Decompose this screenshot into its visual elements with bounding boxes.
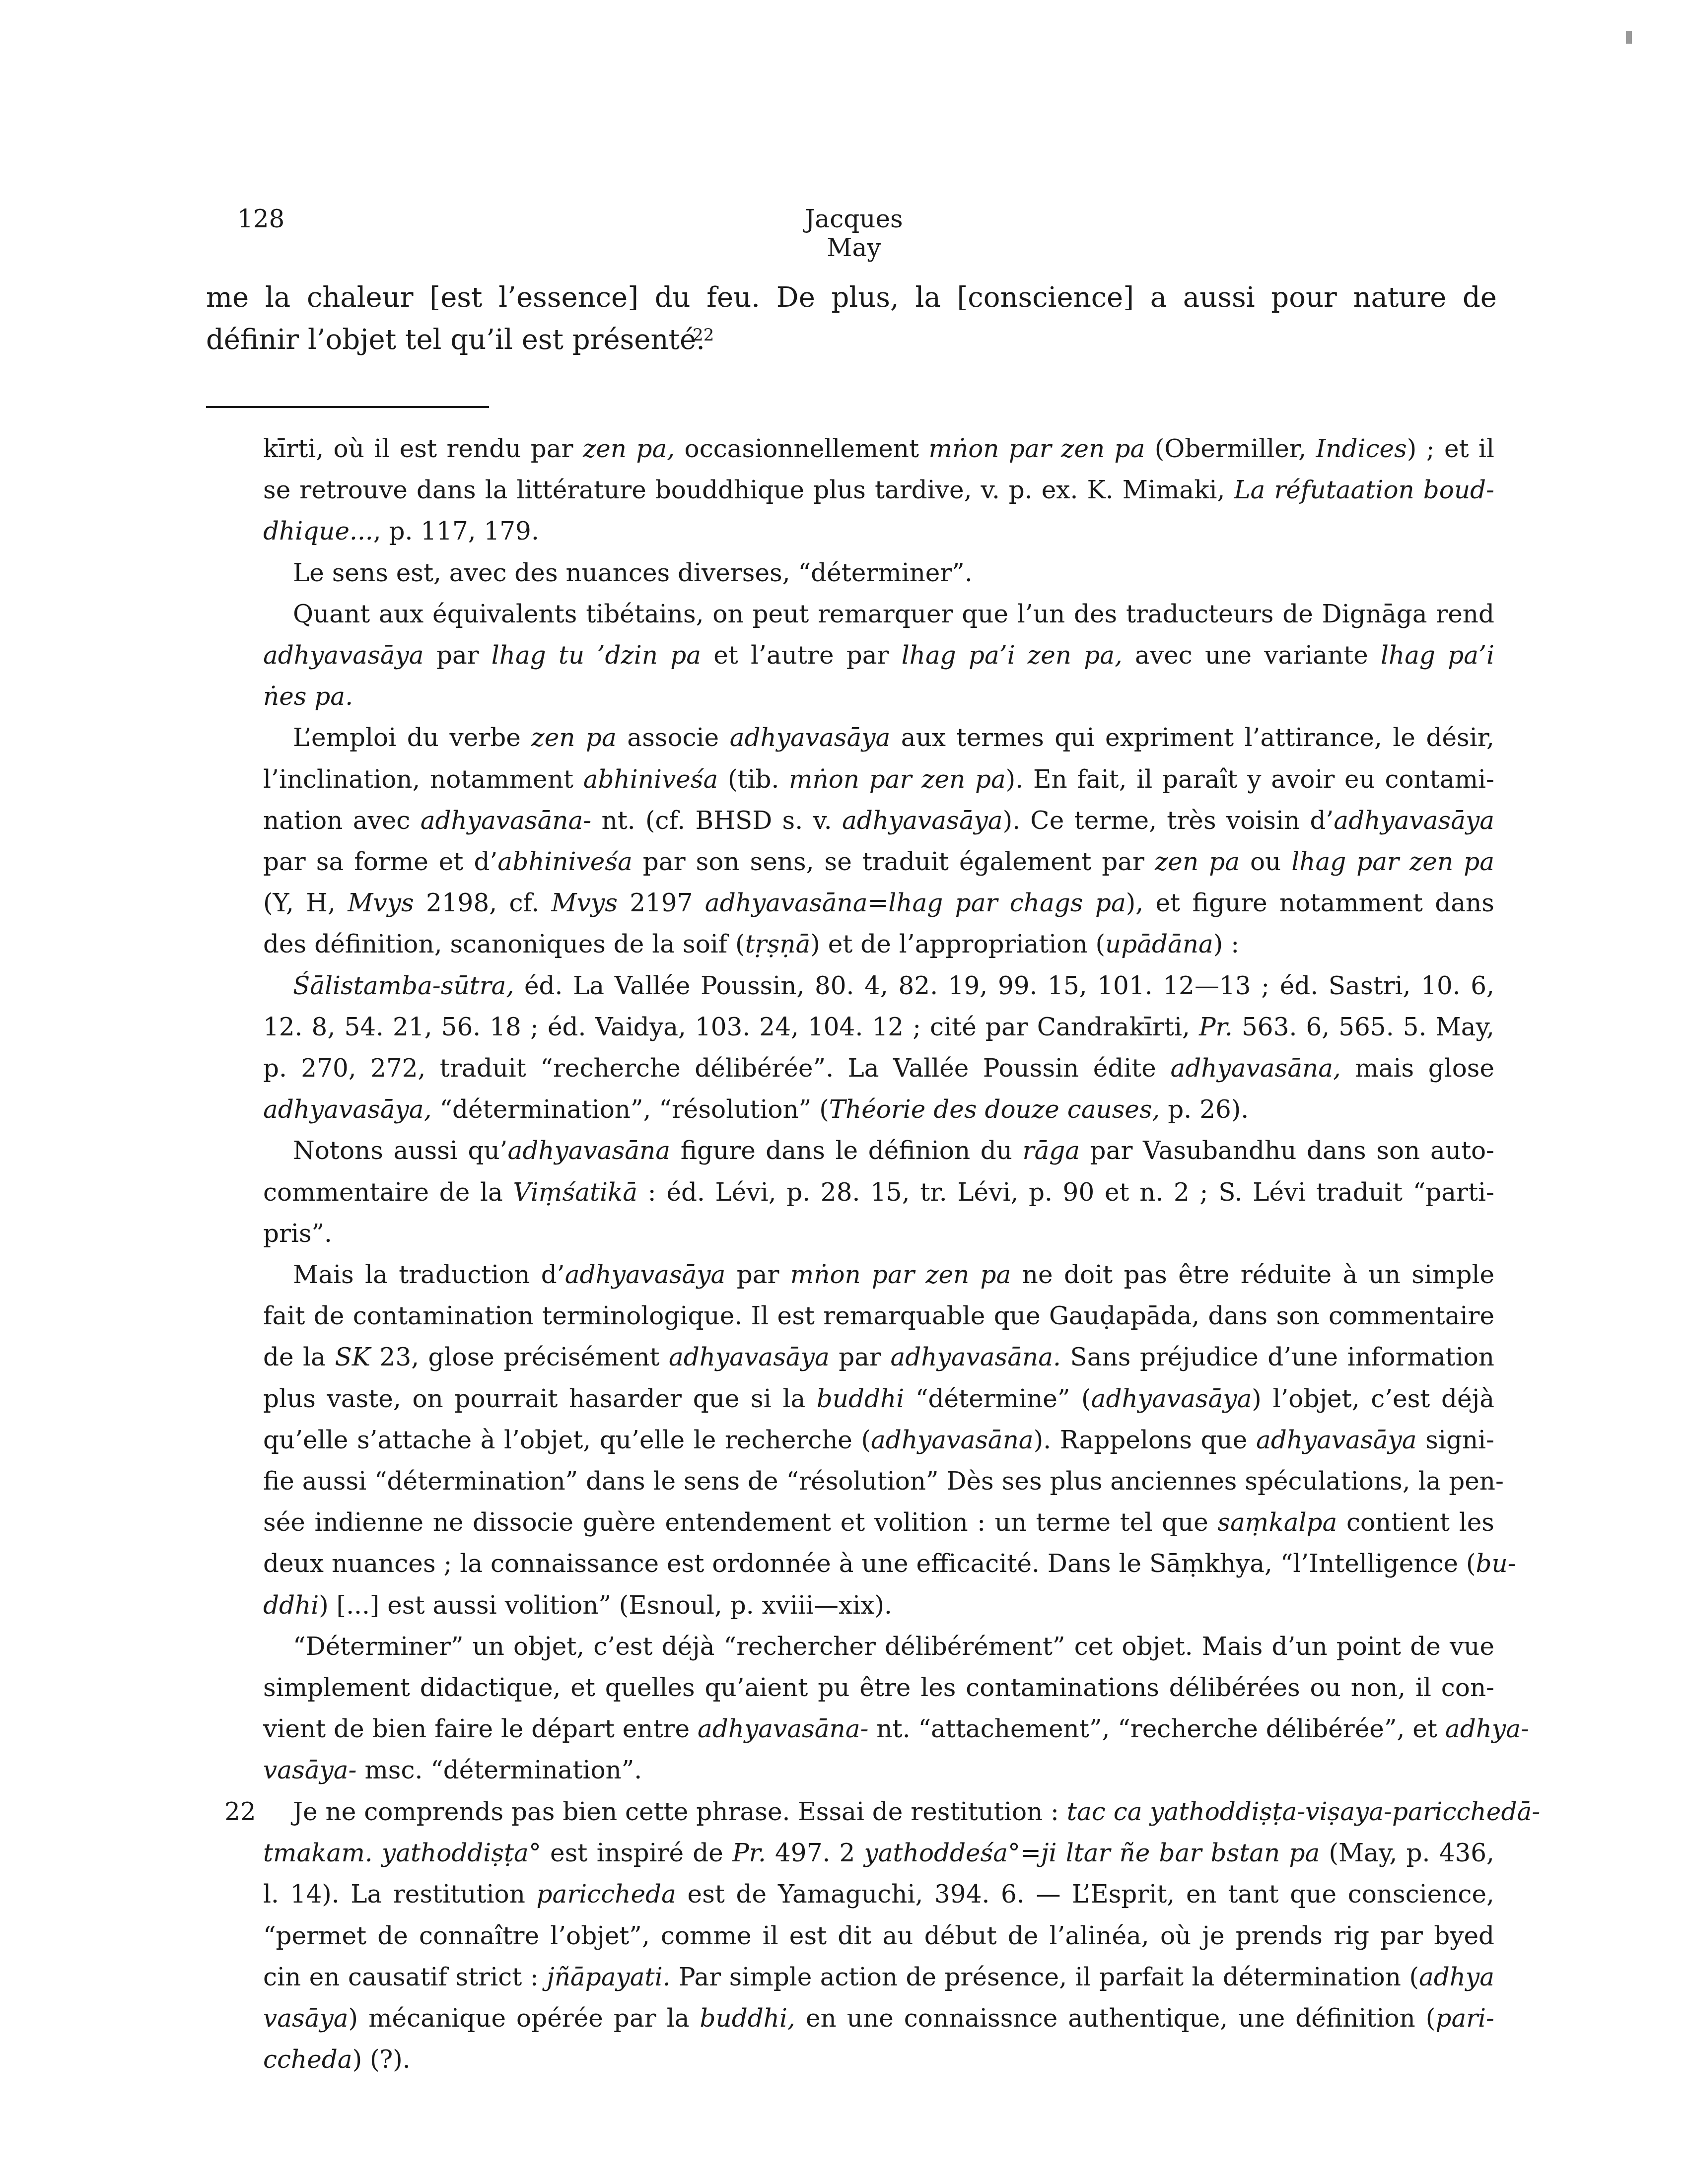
- footnote-line: p. 270, 272, traduit “recherche délibéré…: [263, 1050, 1494, 1086]
- footnote-line: pris”.: [263, 1216, 1494, 1251]
- footnote-line: “Déterminer” un objet, c’est déjà “reche…: [293, 1629, 1494, 1664]
- footnote-line: Notons aussi qu’adhyavasāna figure dans …: [293, 1133, 1494, 1168]
- footnote-line: nation avec adhyavasāna- nt. (cf. BHSD s…: [263, 803, 1494, 838]
- running-head-author: Jacques May: [774, 205, 933, 262]
- footnote-line: dhique..., p. 117, 179.: [263, 513, 1494, 549]
- footnote-line: Śālistamba-sūtra, éd. La Vallée Poussin,…: [293, 968, 1494, 1004]
- footnote-line: “permet de connaître l’objet”, comme il …: [263, 1918, 1494, 1954]
- footnote-line: commentaire de la Viṃśatikā : éd. Lévi, …: [263, 1174, 1494, 1210]
- footnote-line: 12. 8, 54. 21, 56. 18 ; éd. Vaidya, 103.…: [263, 1009, 1494, 1045]
- footnote-line: par sa forme et d’abhiniveśa par son sen…: [263, 844, 1494, 880]
- footnote-line: fait de contamination terminologique. Il…: [263, 1298, 1494, 1334]
- footnote-line: ddhi) [...] est aussi volition” (Esnoul,…: [263, 1587, 1494, 1623]
- footnote-line: adhyavasāya par lhag tu ’dzin pa et l’au…: [263, 637, 1494, 673]
- footnote-line: Quant aux équivalents tibétains, on peut…: [293, 596, 1494, 632]
- footnote-line: ccheda) (?).: [263, 2042, 1494, 2077]
- body-line: définir l’objet tel qu’il est présenté.: [206, 320, 1497, 360]
- footnote-line: adhyavasāya, “détermination”, “résolutio…: [263, 1092, 1494, 1127]
- footnote-line: vasāya) mécanique opérée par la buddhi, …: [263, 2000, 1494, 2036]
- footnote-line: tmakam. yathoddiṣṭa° est inspiré de Pr. …: [263, 1835, 1494, 1871]
- footnote-line: qu’elle s’attache à l’objet, qu’elle le …: [263, 1422, 1494, 1458]
- footnote-line: cin en causatif strict : jñāpayati. Par …: [263, 1959, 1494, 1995]
- footnote-line: (Y, H, Mvys 2198, cf. Mvys 2197 adhyavas…: [263, 885, 1494, 921]
- footnote-line: Je ne comprends pas bien cette phrase. E…: [293, 1794, 1494, 1830]
- footnote-separator-rule: [206, 406, 489, 408]
- footnote-line: de la SK 23, glose précisément adhyavasā…: [263, 1339, 1494, 1375]
- footnote-line: Le sens est, avec des nuances diverses, …: [293, 555, 1494, 591]
- footnote-line: deux nuances ; la connaissance est ordon…: [263, 1546, 1494, 1581]
- scan-artifact: [1626, 31, 1632, 44]
- footnote-line: fie aussi “détermination” dans le sens d…: [263, 1463, 1494, 1499]
- footnote-line: l’inclination, notamment abhiniveśa (tib…: [263, 761, 1494, 797]
- footnote-line: plus vaste, on pourrait hasarder que si …: [263, 1381, 1494, 1417]
- footnote-number-22: 22: [224, 1794, 256, 1830]
- footnote-line: l. 14). La restitution paricchedа est de…: [263, 1876, 1494, 1912]
- footnote-line: L’emploi du verbe zen pa associe adhyava…: [293, 720, 1494, 755]
- body-line: me la chaleur [est l’essence] du feu. De…: [206, 278, 1497, 318]
- footnote-line: simplement didactique, et quelles qu’aie…: [263, 1670, 1494, 1706]
- footnote-line: ṅes pa.: [263, 679, 1494, 714]
- footnote-line: vient de bien faire le départ entre adhy…: [263, 1711, 1494, 1747]
- footnote-line: Mais la traduction d’adhyavasāya par mṅo…: [293, 1257, 1494, 1293]
- footnote-line: se retrouve dans la littérature bouddhiq…: [263, 472, 1494, 508]
- footnote-line: vasāya- msc. “détermination”.: [263, 1752, 1494, 1788]
- document-page: 128 Jacques May me la chaleur [est l’ess…: [0, 0, 1688, 2184]
- footnote-line: kīrti, où il est rendu par zen pa, occas…: [263, 431, 1494, 467]
- page-number: 128: [237, 205, 284, 233]
- footnote-line: sée indienne ne dissocie guère entendeme…: [263, 1504, 1494, 1540]
- footnote-line: des définition, scanoniques de la soif (…: [263, 926, 1494, 962]
